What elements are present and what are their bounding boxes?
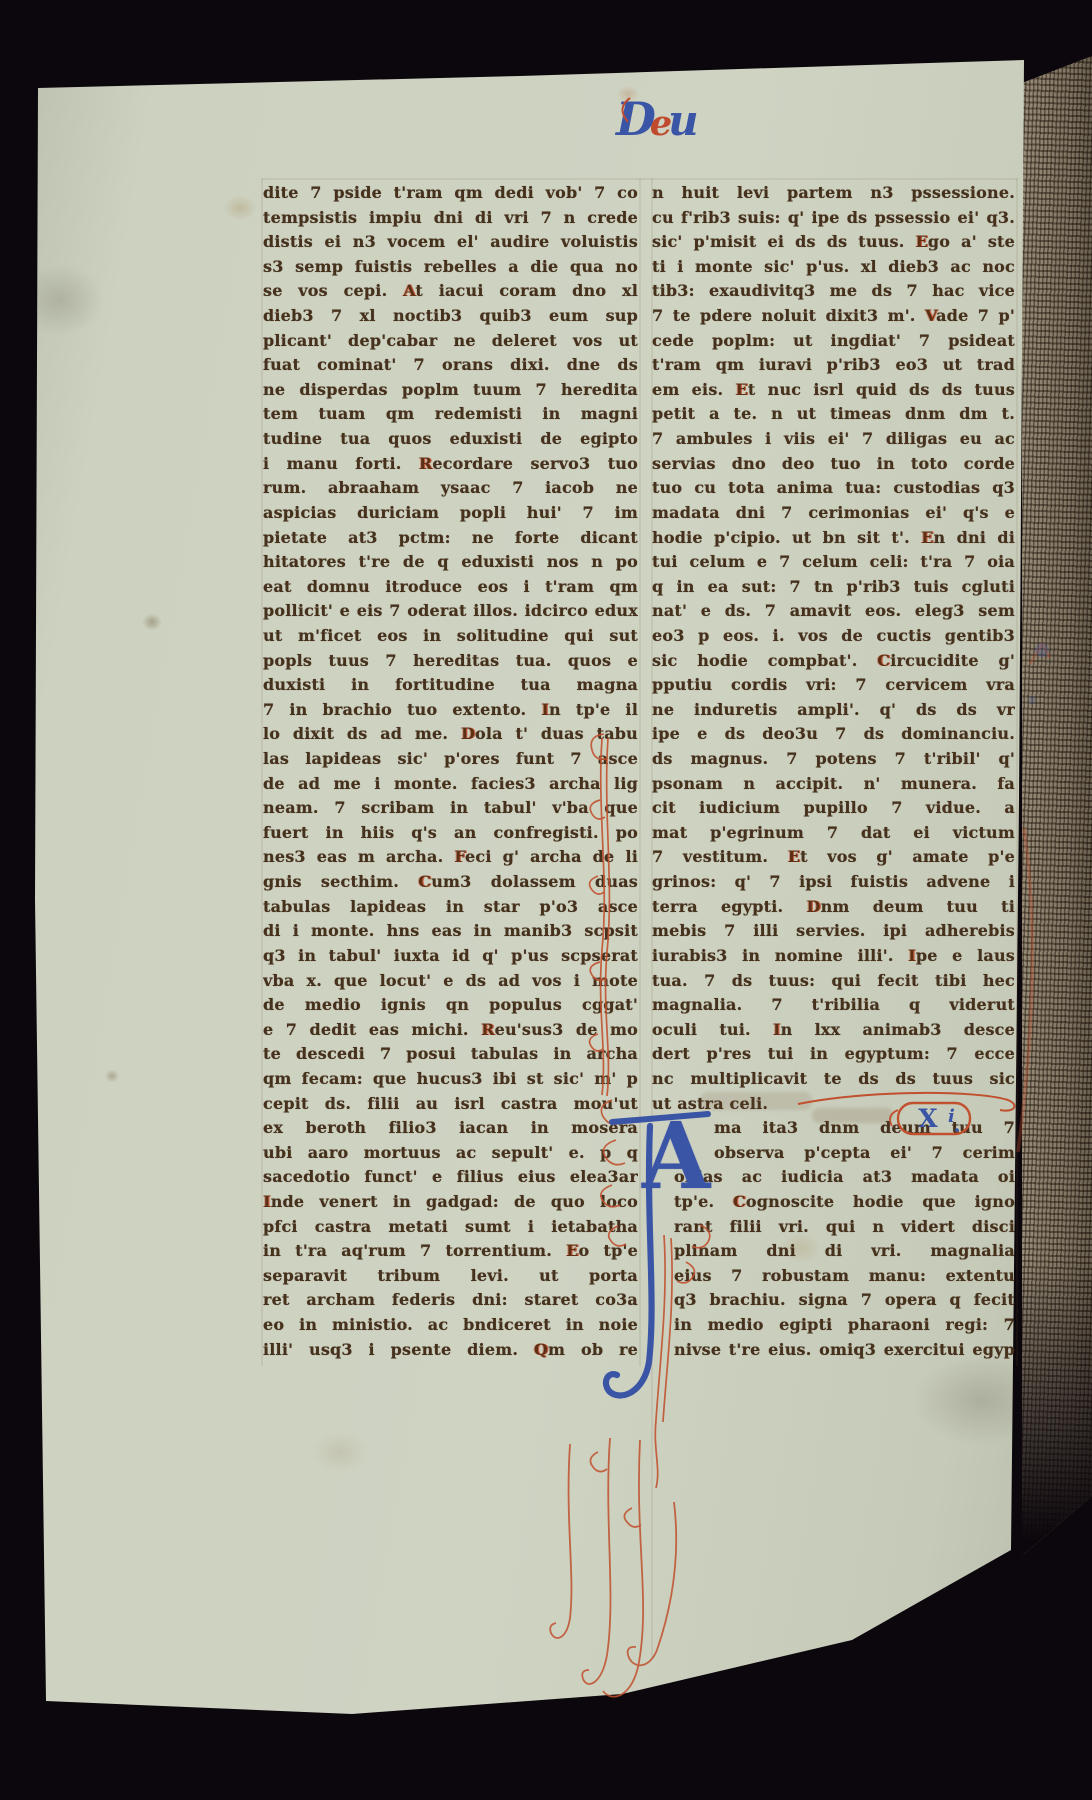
- text-line: magnalia. 7 t'ribilia q viderut: [652, 993, 1015, 1018]
- text-line: terra egypti. Dnm deum tuu ti: [652, 895, 1015, 920]
- rubricated-letter: I: [541, 700, 549, 719]
- text-line: ret archam federis dni: staret co3a: [263, 1288, 638, 1313]
- running-header: Deu: [616, 96, 699, 148]
- text-line: t'ram qm iuravi p'rib3 eo3 ut trad: [652, 353, 1015, 378]
- text-line: 7 in brachio tuo extento. In tp'e il: [263, 698, 638, 723]
- text-line: cede poplm: ut ingdiat' 7 psideat: [652, 329, 1015, 354]
- rubricated-letter: R: [419, 454, 433, 473]
- text-line: em eis. Et nuc isrl quid ds ds tuus: [652, 378, 1015, 403]
- rubricated-letter: C: [733, 1192, 746, 1211]
- text-line: dert p'res tui in egyptum: 7 ecce: [652, 1042, 1015, 1067]
- text-line: s3 semp fuistis rebelles a die qua no: [263, 255, 638, 280]
- text-line: fuert in hiis q's an confregisti. po: [263, 821, 638, 846]
- rubricated-letter: E: [566, 1241, 578, 1260]
- text-line: eat domnu itroduce eos i t'ram qm: [263, 575, 638, 600]
- erased-text-smudge: [700, 1092, 812, 1110]
- text-line: las lapideas sic' p'ores funt 7 asce: [263, 747, 638, 772]
- text-line: Inde venert in gadgad: de quo loco: [263, 1190, 638, 1215]
- rubricated-letter: C: [418, 872, 431, 891]
- text-line: 7 te pdere noluit dixit3 m'. Vade 7 p': [652, 304, 1015, 329]
- rubricated-letter: R: [481, 1020, 495, 1039]
- text-line: plinam dni di vri. magnalia: [652, 1239, 1015, 1264]
- text-line: se vos cepi. At iacui coram dno xl: [263, 279, 638, 304]
- text-line: nivse t're eius. omiq3 exercitui egyp: [652, 1338, 1015, 1363]
- rubricated-letter: C: [877, 651, 890, 670]
- text-line: gnis secthim. Cum3 dolassem duas: [263, 870, 638, 895]
- text-line: sic hodie compbat'. Circucidite g': [652, 649, 1015, 674]
- text-line: aspicias duriciam popli hui' 7 im: [263, 501, 638, 526]
- rubricated-letter: I: [773, 1020, 781, 1039]
- text-line: q3 brachiu. signa 7 opera q fecit: [652, 1288, 1015, 1313]
- text-line: tuo cu tota anima tua: custodias q3: [652, 476, 1015, 501]
- text-line: hodie p'cipio. ut bn sit t'. En dni di: [652, 526, 1015, 551]
- text-line: pputiu cordis vri: 7 cervicem vra: [652, 673, 1015, 698]
- text-line: sic' p'misit ei ds ds tuus. Ego a' ste: [652, 230, 1015, 255]
- text-line: popls tuus 7 hereditas tua. quos e: [263, 649, 638, 674]
- text-line: illi' usq3 i psente diem. Qm ob re: [263, 1338, 638, 1363]
- text-line: q3 in tabul' iuxta id q' p'us scpserat: [263, 944, 638, 969]
- text-line: 7 vestitum. Et vos g' amate p'e: [652, 845, 1015, 870]
- text-line: e 7 dedit eas michi. Reu'sus3 de mo: [263, 1018, 638, 1043]
- text-line: qm fecam: que hucus3 ibi st sic' m' p: [263, 1067, 638, 1092]
- rubricated-letter: E: [735, 380, 747, 399]
- text-line: distis ei n3 vocem el' audire voluistis: [263, 230, 638, 255]
- text-line: ex beroth filio3 iacan in mosera: [263, 1116, 638, 1141]
- text-line: ipe e ds deo3u 7 ds dominanciu.: [652, 722, 1015, 747]
- text-line: pollicit' e eis 7 oderat illos. idcirco …: [263, 599, 638, 624]
- rubricated-letter: A: [403, 281, 415, 300]
- text-line: cu f'rib3 suis: q' ipe ds pssessio ei' q…: [652, 206, 1015, 231]
- text-line: grinos: q' 7 ipsi fuistis advene i: [652, 870, 1015, 895]
- text-line: separavit tribum levi. ut porta: [263, 1264, 638, 1289]
- text-line: eo3 p eos. i. vos de cuctis gentib3: [652, 624, 1015, 649]
- text-line: in t'ra aq'rum 7 torrentium. Eo tp'e: [263, 1239, 638, 1264]
- text-line: mat p'egrinum 7 dat ei victum: [652, 821, 1015, 846]
- text-line: tua. 7 ds tuus: qui fecit tibi hec: [652, 969, 1015, 994]
- text-line: ne disperdas poplm tuum 7 heredita: [263, 378, 638, 403]
- text-line: neam. 7 scribam in tabul' v'ba que: [263, 796, 638, 821]
- text-line: q in ea sut: 7 tn p'rib3 tuis cgluti: [652, 575, 1015, 600]
- text-line: plicant' dep'cabar ne deleret vos ut: [263, 329, 638, 354]
- text-line: nc multiplicavit te ds ds tuus sic: [652, 1067, 1015, 1092]
- text-line: duxisti in fortitudine tua magna: [263, 673, 638, 698]
- text-line: nat' e ds. 7 amavit eos. eleg3 sem: [652, 599, 1015, 624]
- rubricated-letter: E: [788, 847, 800, 866]
- text-line: iurabis3 in nomine illi'. Ipe e laus: [652, 944, 1015, 969]
- text-line: dite 7 pside t'ram qm dedi vob' 7 co: [263, 181, 638, 206]
- text-line: dieb3 7 xl noctib3 quib3 eum sup: [263, 304, 638, 329]
- text-line: ubi aaro mortuus ac sepult' e. p q: [263, 1141, 638, 1166]
- faded-guide-text-smudge: [812, 1108, 894, 1123]
- text-line: di i monte. hns eas in manib3 scpsit: [263, 919, 638, 944]
- rubricated-letter: I: [263, 1192, 271, 1211]
- text-line: te descedi 7 posui tabulas in archa: [263, 1042, 638, 1067]
- rubricated-letter: D: [461, 724, 475, 743]
- rubricated-letter: F: [454, 847, 465, 866]
- text-line: tem tuam qm redemisti in magni: [263, 402, 638, 427]
- text-line: eo in ministio. ac bndiceret in noie: [263, 1313, 638, 1338]
- chapter-initial-letter: A: [642, 1104, 716, 1218]
- text-line: vba x. que locut' e ds ad vos i mote: [263, 969, 638, 994]
- text-line: pietate at3 pctm: ne forte dicant: [263, 526, 638, 551]
- rubricated-letter: E: [916, 232, 928, 251]
- rubricated-letter: I: [908, 946, 916, 965]
- text-line: oculi tui. In lxx animab3 desce: [652, 1018, 1015, 1043]
- text-line: sacedotio funct' e filius eius elea3ar: [263, 1165, 638, 1190]
- rubricated-letter: E: [921, 528, 933, 547]
- text-line: cepit ds. filii au isrl castra mou'ut: [263, 1092, 638, 1117]
- text-line: tudine tua quos eduxisti de egipto: [263, 427, 638, 452]
- text-line: mebis 7 illi servies. ipi adherebis: [652, 919, 1015, 944]
- rubricated-letter: Q: [534, 1340, 548, 1359]
- text-line: tib3: exaudivitq3 me ds 7 hac vice: [652, 279, 1015, 304]
- text-line: eius 7 robustam manu: extentu: [652, 1264, 1015, 1289]
- chapter-number-numeral: X: [908, 1105, 948, 1133]
- text-line: de ad me i monte. facies3 archa lig: [263, 772, 638, 797]
- text-line: ti i monte sic' p'us. xl dieb3 ac noc: [652, 255, 1015, 280]
- text-line: lo dixit ds ad me. Dola t' duas tabu: [263, 722, 638, 747]
- rubricated-letter: V: [925, 306, 936, 325]
- text-line: fuat cominat' 7 orans dixi. dne ds: [263, 353, 638, 378]
- left-text-column: dite 7 pside t'ram qm dedi vob' 7 cotemp…: [263, 181, 638, 1362]
- text-line: hitatores t're de q eduxisti nos n po: [263, 550, 638, 575]
- text-line: 7 ambules i viis ei' 7 diligas eu ac: [652, 427, 1015, 452]
- text-line: servias dno deo tuo in toto corde: [652, 452, 1015, 477]
- text-line: de medio ignis qn populus cggat': [263, 993, 638, 1018]
- running-header-letter: u: [668, 100, 699, 142]
- text-line: rant filii vri. qui n vidert disci: [652, 1215, 1015, 1240]
- chapter-number-suffix: i: [948, 1106, 955, 1127]
- text-line: petit a te. n ut timeas dnm dm t.: [652, 402, 1015, 427]
- text-line: tabulas lapideas in star p'o3 asce: [263, 895, 638, 920]
- photograph-of-manuscript: Deu dite 7 pside t'ram qm dedi vob' 7 co…: [0, 0, 1092, 1800]
- rubricated-letter: D: [806, 897, 820, 916]
- text-line: ne induretis ampli'. q' ds ds vr: [652, 698, 1015, 723]
- book-fore-edge: [1022, 56, 1092, 1556]
- text-line: tempsistis impiu dni di vri 7 n crede: [263, 206, 638, 231]
- text-line: tui celum e 7 celum celi: t'ra 7 oia: [652, 550, 1015, 575]
- text-line: cit iudicium pupillo 7 vidue. a: [652, 796, 1015, 821]
- text-line: psonam n accipit. n' munera. fa: [652, 772, 1015, 797]
- text-line: madata dni 7 cerimonias ei' q's e: [652, 501, 1015, 526]
- text-line: ut m'ficet eos in solitudine qui sut: [263, 624, 638, 649]
- text-line: nes3 eas m archa. Feci g' archa de li: [263, 845, 638, 870]
- text-line: rum. abraaham ysaac 7 iacob ne: [263, 476, 638, 501]
- text-line: i manu forti. Recordare servo3 tuo: [263, 452, 638, 477]
- text-line: ds magnus. 7 potens 7 t'ribil' q': [652, 747, 1015, 772]
- text-line: in medio egipti pharaoni regi: 7: [652, 1313, 1015, 1338]
- text-line: n huit levi partem n3 pssessione.: [652, 181, 1015, 206]
- text-line: pfci castra metati sumt i ietabatha: [263, 1215, 638, 1240]
